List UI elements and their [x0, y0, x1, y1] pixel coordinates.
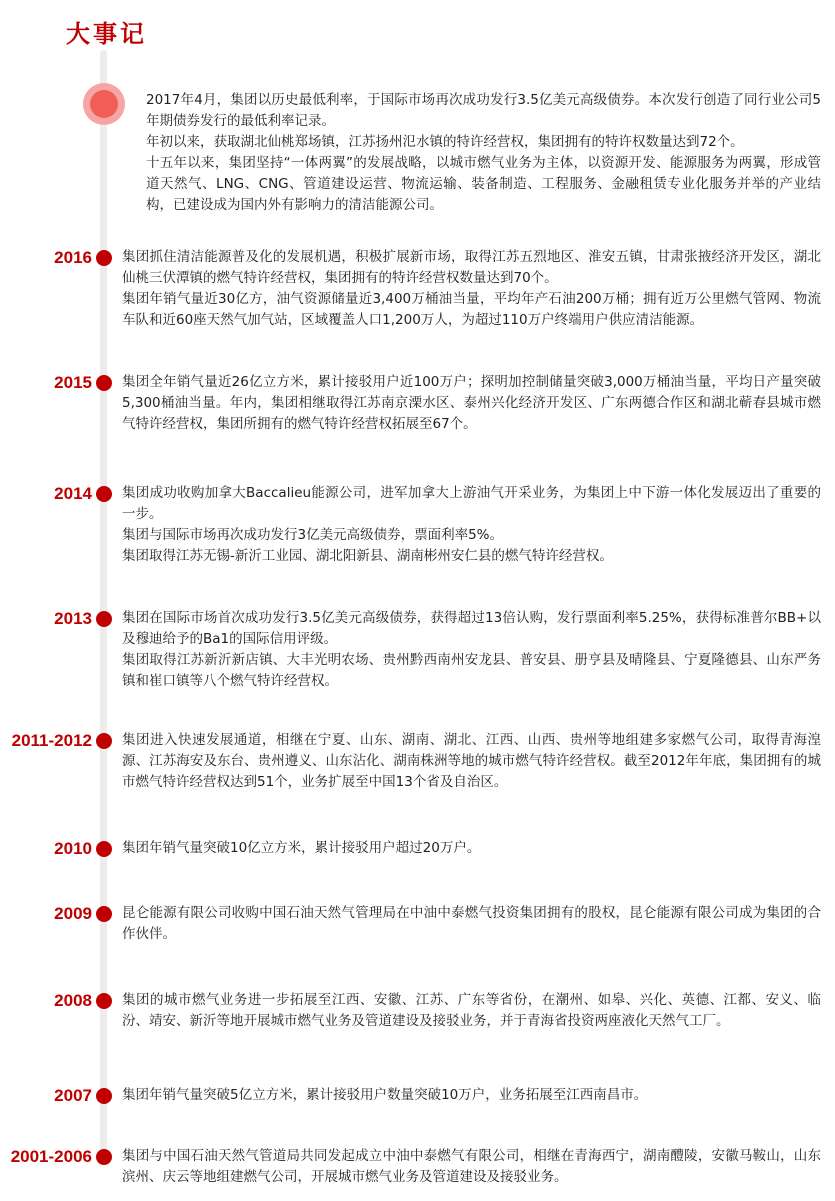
timeline-dot-icon: [96, 906, 112, 922]
timeline-entry-2010: 2010 集团年销气量突破10亿立方米，累计接驳用户超过20万户。: [0, 838, 835, 859]
timeline-entry-2013: 2013 集团在国际市场首次成功发行3.5亿美元高级债券，获得超过13倍认购，发…: [0, 608, 835, 692]
timeline-entry-2009: 2009 昆仑能源有限公司收购中国石油天然气管理局在中油中泰燃气投资集团拥有的股…: [0, 903, 835, 945]
entry-text: 集团年销气量突破10亿立方米，累计接驳用户超过20万户。: [122, 838, 821, 859]
timeline-entry-2007: 2007 集团年销气量突破5亿立方米，累计接驳用户数量突破10万户，业务拓展至江…: [0, 1085, 835, 1106]
timeline-dot-icon: [96, 611, 112, 627]
timeline-entry-2011-2012: 2011-2012 集团进入快速发展通道，相继在宁夏、山东、湖南、湖北、江西、山…: [0, 730, 835, 793]
year-label: 2009: [0, 904, 92, 924]
year-label: 2015: [0, 373, 92, 393]
entry-text: 昆仑能源有限公司收购中国石油天然气管理局在中油中泰燃气投资集团拥有的股权，昆仑能…: [122, 903, 821, 945]
year-label: 2016: [0, 248, 92, 268]
year-label: 2001-2006: [0, 1147, 92, 1167]
year-label: 2008: [0, 991, 92, 1011]
page-title: 大事记: [66, 14, 147, 49]
entry-text: 集团与中国石油天然气管道局共同发起成立中油中泰燃气有限公司，相继在青海西宁，湖南…: [122, 1146, 821, 1188]
entry-text: 集团进入快速发展通道，相继在宁夏、山东、湖南、湖北、江西、山西、贵州等地组建多家…: [122, 730, 821, 793]
timeline-dot-icon: [96, 733, 112, 749]
timeline-entry-2001-2006: 2001-2006 集团与中国石油天然气管道局共同发起成立中油中泰燃气有限公司，…: [0, 1146, 835, 1188]
timeline-dot-icon: [96, 486, 112, 502]
year-label: 2007: [0, 1086, 92, 1106]
year-label: 2013: [0, 609, 92, 629]
entry-text: 集团全年销气量近26亿立方米，累计接驳用户近100万户；探明加控制储量突破3,0…: [122, 372, 821, 435]
year-label: 2014: [0, 484, 92, 504]
timeline-entry-2017: 2017年4月，集团以历史最低利率，于国际市场再次成功发行3.5亿美元高级债券。…: [0, 90, 835, 216]
entry-text: 集团在国际市场首次成功发行3.5亿美元高级债券，获得超过13倍认购，发行票面利率…: [122, 608, 821, 692]
entry-text: 集团的城市燃气业务进一步拓展至江西、安徽、江苏、广东等省份，在潮州、如皋、兴化、…: [122, 990, 821, 1032]
timeline-entry-2008: 2008 集团的城市燃气业务进一步拓展至江西、安徽、江苏、广东等省份，在潮州、如…: [0, 990, 835, 1032]
timeline-dot-icon: [96, 250, 112, 266]
entry-text: 集团年销气量突破5亿立方米，累计接驳用户数量突破10万户，业务拓展至江西南昌市。: [122, 1085, 821, 1106]
timeline-dot-icon: [96, 993, 112, 1009]
timeline-entry-2014: 2014 集团成功收购加拿大Baccalieu能源公司，进军加拿大上游油气开采业…: [0, 483, 835, 567]
milestones-page: 大事记 2017年4月，集团以历史最低利率，于国际市场再次成功发行3.5亿美元高…: [0, 0, 835, 1201]
entry-text: 集团成功收购加拿大Baccalieu能源公司，进军加拿大上游油气开采业务，为集团…: [122, 483, 821, 567]
year-label: 2010: [0, 839, 92, 859]
entry-text: 集团抓住清洁能源普及化的发展机遇，积极扩展新市场，取得江苏五烈地区、淮安五镇，甘…: [122, 247, 821, 331]
timeline-dot-icon: [96, 1088, 112, 1104]
timeline-dot-icon: [96, 375, 112, 391]
year-label: 2011-2012: [0, 731, 92, 751]
timeline-entry-2015: 2015 集团全年销气量近26亿立方米，累计接驳用户近100万户；探明加控制储量…: [0, 372, 835, 435]
timeline-dot-icon: [96, 841, 112, 857]
timeline-entry-2016: 2016 集团抓住清洁能源普及化的发展机遇，积极扩展新市场，取得江苏五烈地区、淮…: [0, 247, 835, 331]
entry-text: 2017年4月，集团以历史最低利率，于国际市场再次成功发行3.5亿美元高级债券。…: [146, 90, 821, 216]
timeline-dot-icon: [96, 1149, 112, 1165]
